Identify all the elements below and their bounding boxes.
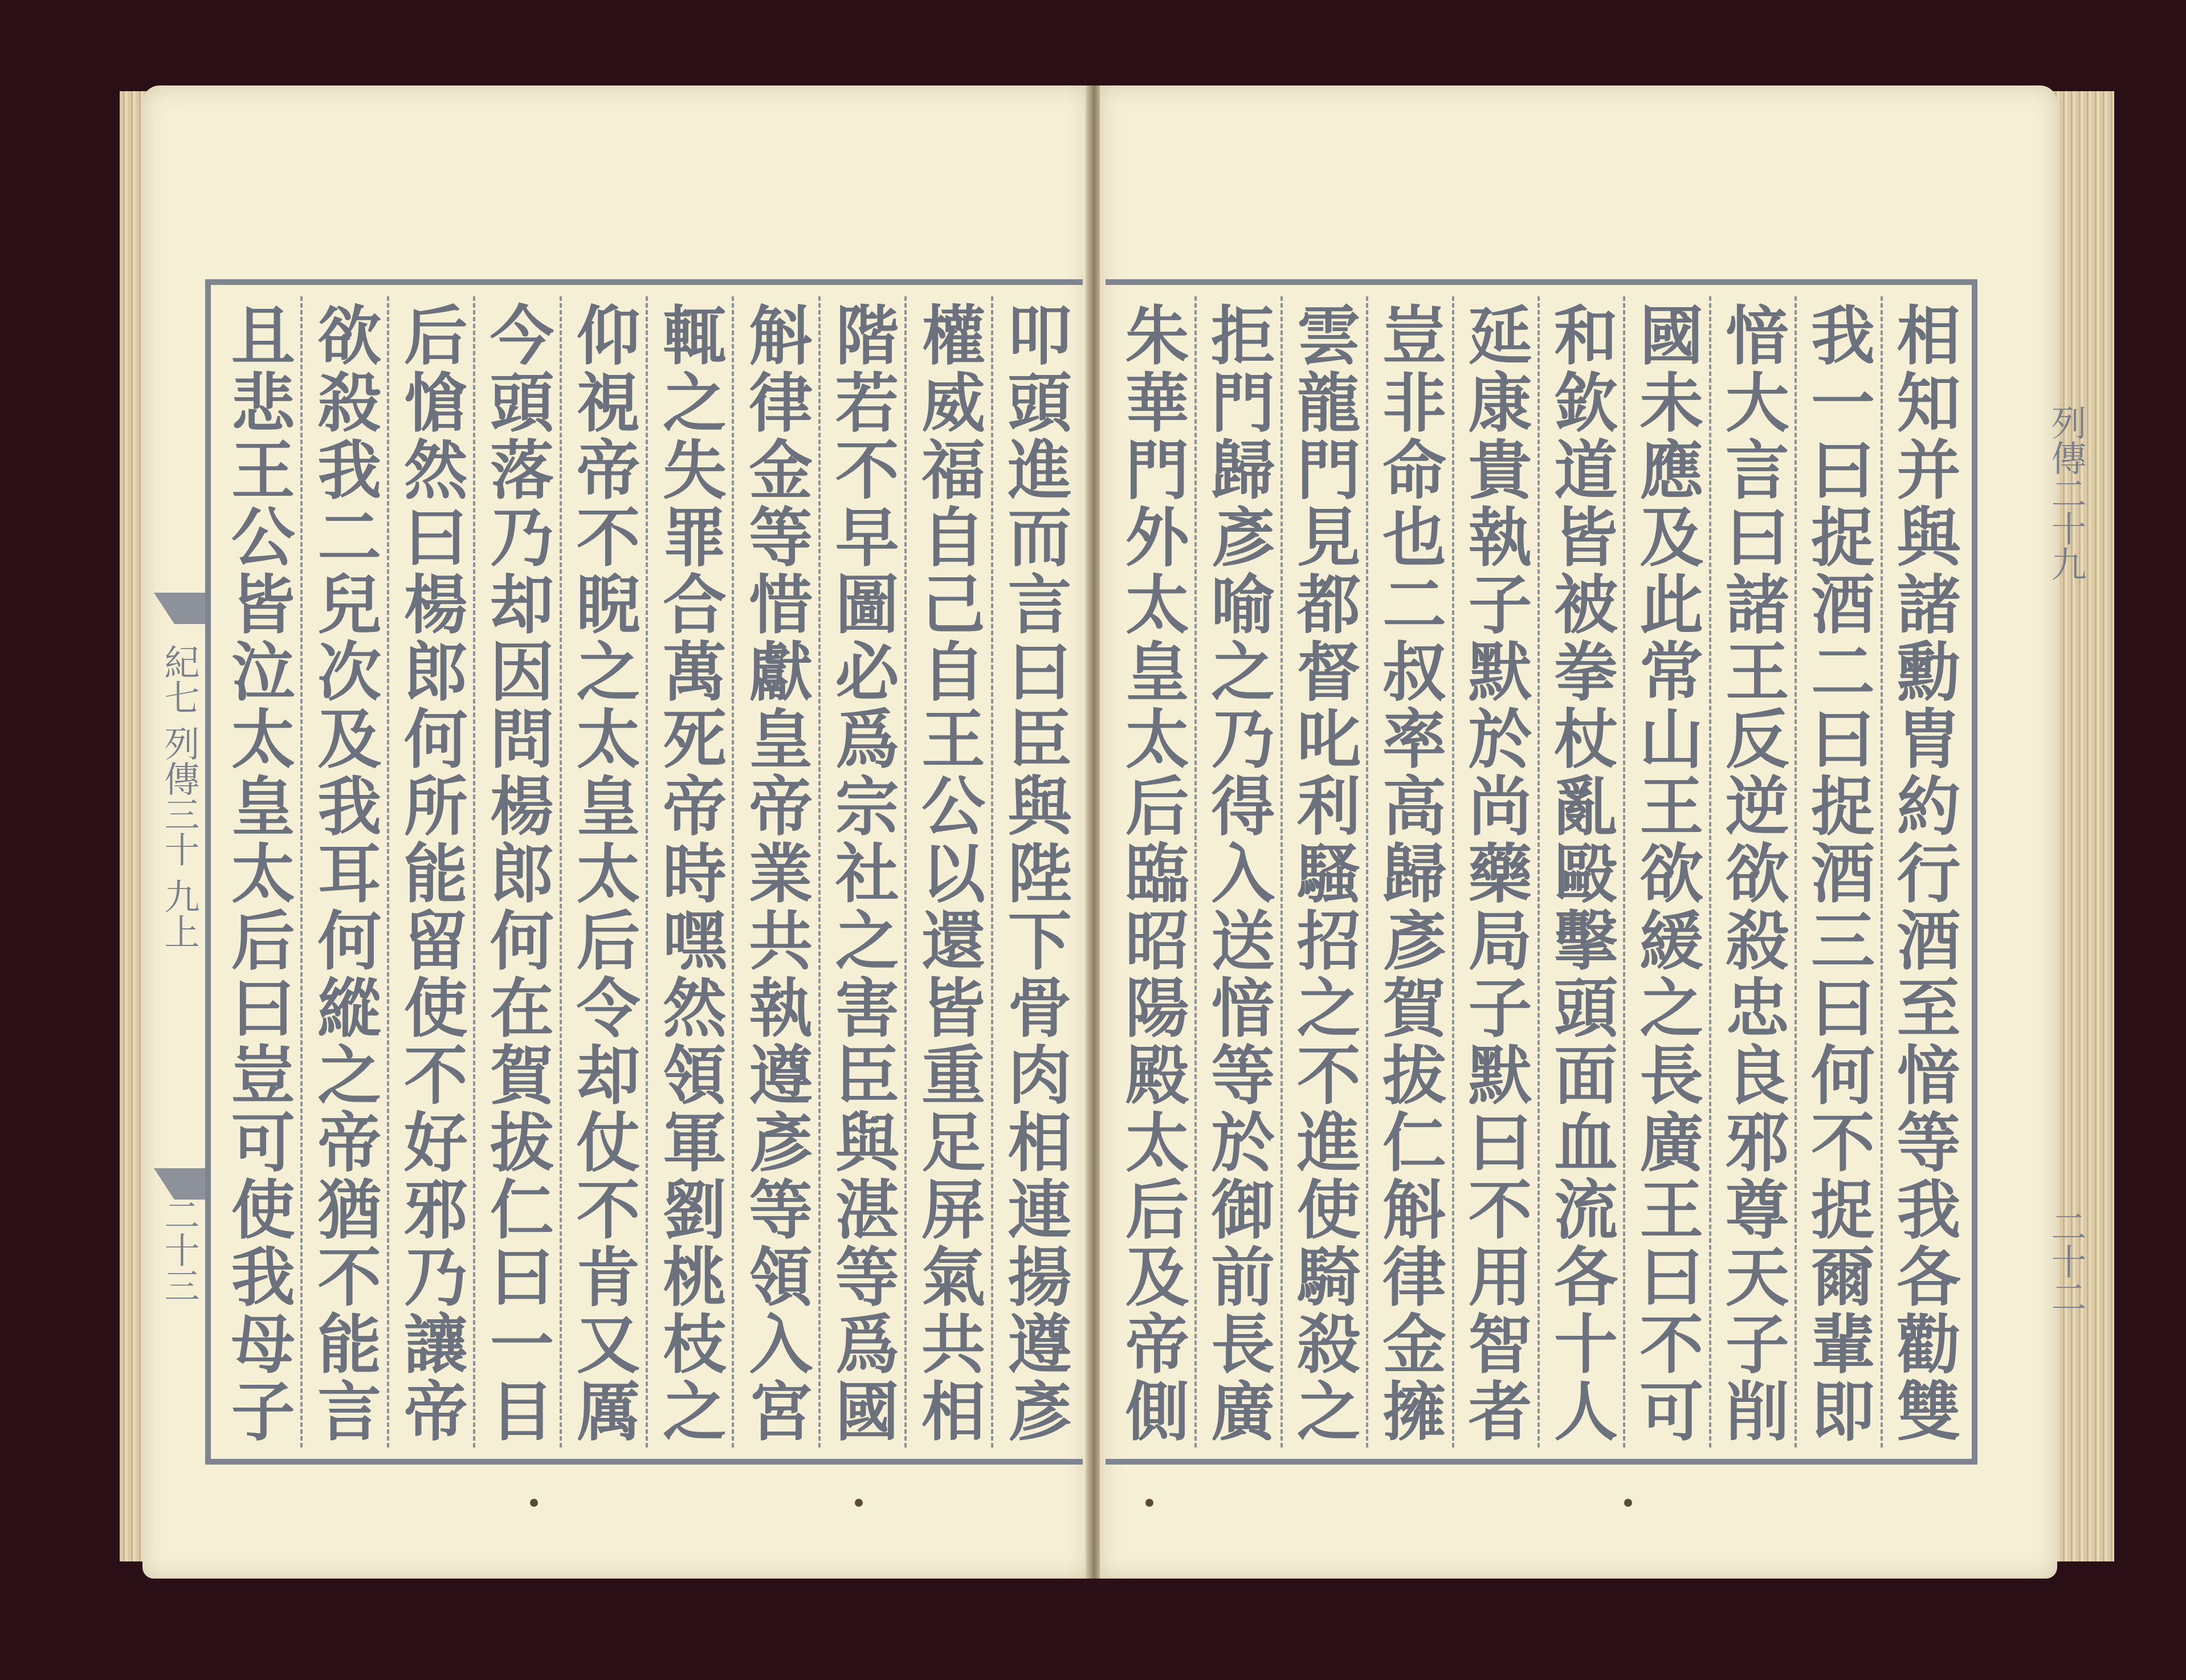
right-page-edges: [2052, 91, 2114, 1561]
text-column: 斛律金等惜獻皇帝業共執遵彥等領入宮未敢刑戮專: [732, 296, 818, 1447]
text-column: 雲龍門見都督叱利騷招之不進使騎殺之開府成休寧: [1280, 296, 1366, 1447]
text-column: 叩頭進而言曰臣與陛下骨肉相連揚遵彥等欲擅朝: [991, 296, 1077, 1447]
fish-tail-mark-top: [154, 593, 205, 624]
text-column: 我一曰捉酒二曰捉酒三曰何不捉爾輩即捉及宴如之: [1795, 296, 1880, 1447]
text-column: 欲殺我二兒次及我耳何縱之帝猶不能言太皇太后怒: [300, 296, 386, 1447]
binding-hole: [1145, 1499, 1153, 1507]
text-column: 今頭落乃却因問楊郎何在賀拔仁曰一目已出太皇太: [473, 296, 559, 1447]
left-page-number: 二十三: [154, 1197, 205, 1303]
text-column: 后愴然曰楊郎何所能留使不好邪乃讓帝曰此等懷逆: [387, 296, 473, 1447]
text-column: 朱華門外太皇太后臨昭陽殿太后及帝側立常山王以: [1111, 296, 1194, 1447]
binding-hole: [855, 1499, 863, 1507]
left-page: 紀七 列傳三十 九上 二十三 叩頭進而言曰臣與陛下骨肉相連揚遵彥等欲擅朝 權威福…: [142, 85, 1088, 1579]
text-column: 和欽道皆被拳杖亂毆擊頭面血流各十人持之使薛孤: [1537, 296, 1623, 1447]
binding-hole: [1624, 1499, 1632, 1507]
text-column: 輒之失罪合萬死帝時嘿然領軍劉桃枝之徒陛衛叩刀: [646, 296, 732, 1447]
text-column: 相知并與諸勳胄約行酒至愔等我各勸雙盃彼必致辭: [1881, 296, 1966, 1447]
right-page: 列傳二十九 二十二 相知并與諸勳胄約行酒至愔等我各勸雙盃彼必致辭 我一曰捉酒二曰…: [1100, 85, 2057, 1579]
text-column: 延康貴執子默於尚藥局子默曰不用智者言以至於此: [1452, 296, 1537, 1447]
fish-tail-mark-bottom: [154, 1168, 205, 1200]
text-column: 豈非命也二叔率高歸彥賀拔仁斛律金擁愔等唐突入: [1366, 296, 1451, 1447]
text-column: 階若不早圖必爲宗社之害臣與湛等爲國事重賀拔仁: [818, 296, 904, 1447]
text-column: 拒門歸彥喻之乃得入送愔等於御前長廣王及歸彥在: [1194, 296, 1280, 1447]
text-column: 權威福自己自王公以還皆重足屏氣共相唇齒以成亂: [904, 296, 990, 1447]
open-book: 紀七 列傳三十 九上 二十三 叩頭進而言曰臣與陛下骨肉相連揚遵彥等欲擅朝 權威福…: [142, 80, 2057, 1590]
text-column: 國未應及此常山王欲緩之長廣王曰不可於是愔及天: [1623, 296, 1708, 1447]
text-column: 且悲王公皆泣太皇太后曰豈可使我母子受漢老嫗斟: [217, 296, 300, 1447]
text-column: 愔大言曰諸王反逆欲殺忠良邪尊天子削諸侯赤心奉: [1709, 296, 1795, 1447]
text-column: 仰視帝不睨之太皇太后令却仗不肯又厲聲曰奴輩即: [560, 296, 646, 1447]
binding-hole: [530, 1499, 538, 1507]
right-page-number: 二十二: [2041, 1208, 2091, 1314]
right-text-frame: 相知并與諸勳胄約行酒至愔等我各勸雙盃彼必致辭 我一曰捉酒二曰捉酒三曰何不捉爾輩即…: [1106, 279, 1977, 1465]
right-margin-title: 列傳二十九: [2041, 405, 2091, 581]
left-margin-title: 紀七 列傳三十 九上: [154, 644, 205, 949]
left-text-frame: 叩頭進而言曰臣與陛下骨肉相連揚遵彥等欲擅朝 權威福自己自王公以還皆重足屏氣共相唇…: [205, 279, 1083, 1465]
